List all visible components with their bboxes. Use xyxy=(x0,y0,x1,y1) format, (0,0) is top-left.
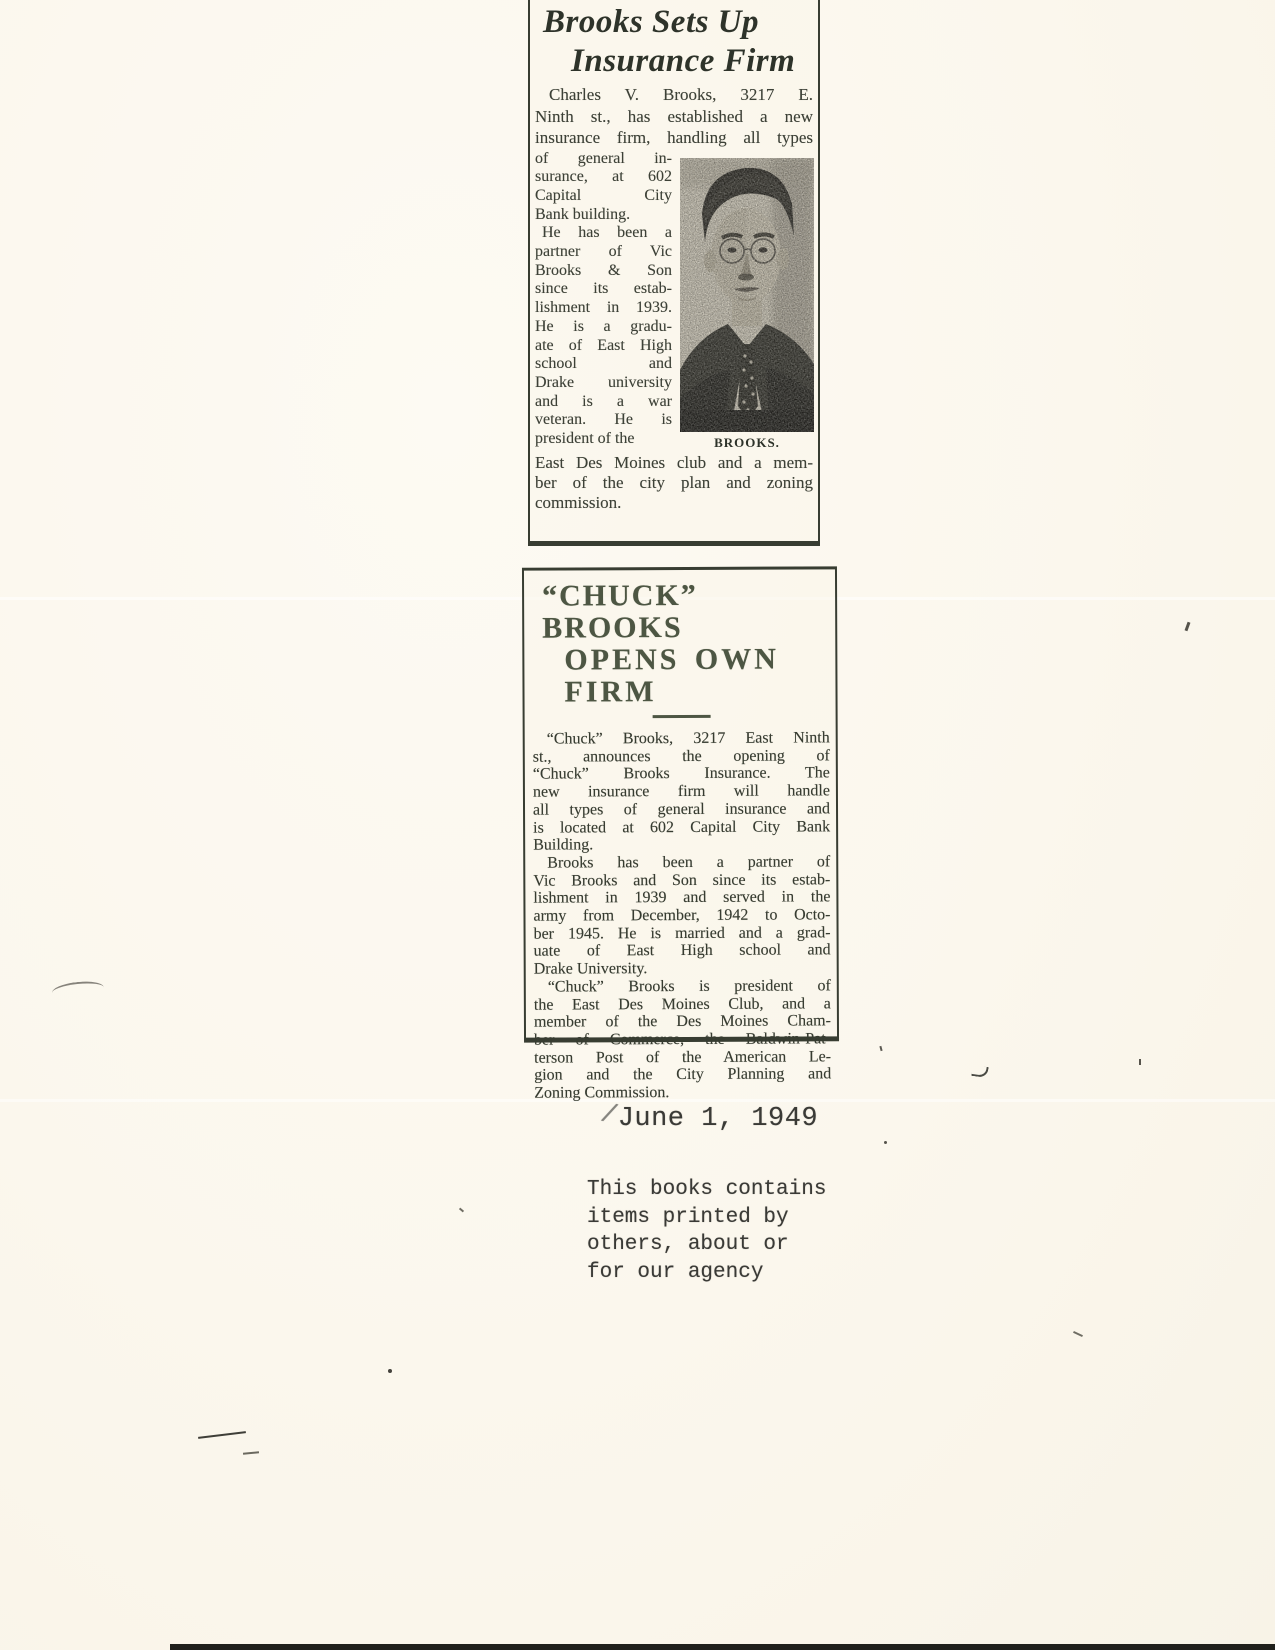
text-line: terson Post of the American Le- xyxy=(534,1048,831,1067)
clipping2-headline-line1: “CHUCK” BROOKS xyxy=(532,579,829,644)
text-line: insurance firm, handling all types xyxy=(535,127,813,149)
text-line: “Chuck” Brooks Insurance. The xyxy=(533,765,830,784)
text-line: partner of Vic xyxy=(535,243,672,262)
text-line: and is a war xyxy=(535,393,672,412)
text-line: Vic Brooks and Son since its estab- xyxy=(533,871,830,890)
typed-note: This books containsitems printed byother… xyxy=(587,1176,826,1286)
text-line: ber of Commerce, the Baldwin-Pat- xyxy=(534,1030,831,1049)
clipping1-column-paragraph-1: of general in-surance, at 602Capital Cit… xyxy=(535,150,672,225)
halftone-portrait-image xyxy=(680,158,814,432)
clipping2-headline-line2: OPENS OWN FIRM xyxy=(532,643,829,708)
clipping1-column-paragraph-2: He has been apartner of VicBrooks & Sons… xyxy=(535,224,672,448)
text-line: is located at 602 Capital City Bank xyxy=(533,818,830,837)
clipping1-headline-line1: Brooks Sets Up xyxy=(535,2,813,42)
text-line: lishment in 1939 and served in the xyxy=(533,889,830,908)
scan-artifact-speck xyxy=(1073,1331,1083,1337)
clipping2-paragraph-1: “Chuck” Brooks, 3217 East Ninthst., anno… xyxy=(533,729,831,854)
clipping1-two-column-section: of general in-surance, at 602Capital Cit… xyxy=(535,150,813,451)
clipping-brooks-sets-up-insurance-firm: Brooks Sets Up Insurance Firm Charles V.… xyxy=(528,0,820,546)
clipping2-headline: “CHUCK” BROOKS OPENS OWN FIRM xyxy=(532,579,830,708)
text-line: Capital City xyxy=(535,187,672,206)
clipping2-paragraph-2: Brooks has been a partner ofVic Brooks a… xyxy=(533,853,831,978)
text-line: army from December, 1942 to Octo- xyxy=(533,906,830,925)
text-line: “Chuck” Brooks, 3217 East Ninth xyxy=(533,729,830,748)
text-line: the East Des Moines Club, and a xyxy=(534,995,831,1014)
scrapbook-page: Brooks Sets Up Insurance Firm Charles V.… xyxy=(0,0,1275,1650)
text-line: He has been a xyxy=(535,224,672,243)
clipping1-headline: Brooks Sets Up Insurance Firm xyxy=(535,2,813,81)
scan-artifact-speck xyxy=(1185,622,1191,631)
text-line: Drake University. xyxy=(534,959,831,978)
scan-artifact-pen-dash xyxy=(198,1431,246,1439)
text-line: gion and the City Planning and xyxy=(534,1066,831,1085)
scan-artifact-speck xyxy=(459,1208,464,1213)
text-line: ber 1945. He is married and a grad- xyxy=(534,924,831,943)
brooks-portrait-photo: BROOKS. xyxy=(680,158,814,451)
text-line: Charles V. Brooks, 3217 E. xyxy=(535,84,813,106)
text-line: president of the xyxy=(535,430,672,449)
text-line: of general in- xyxy=(535,150,672,169)
text-line: Building. xyxy=(533,836,830,855)
text-line: others, about or xyxy=(587,1231,826,1259)
scan-artifact-speck xyxy=(879,1046,882,1051)
scan-artifact-speck xyxy=(1139,1059,1141,1065)
headline-divider-rule xyxy=(652,715,710,718)
text-line: school and xyxy=(535,355,672,374)
text-line: Brooks & Son xyxy=(535,262,672,281)
text-line: Drake university xyxy=(535,374,672,393)
text-line: new insurance firm will handle xyxy=(533,782,830,801)
typed-date-text: June 1, 1949 xyxy=(618,1104,818,1134)
text-line: surance, at 602 xyxy=(535,168,672,187)
clipping2-paragraph-3: “Chuck” Brooks is president ofthe East D… xyxy=(534,977,832,1102)
text-line: He is a gradu- xyxy=(535,318,672,337)
scan-artifact-speck xyxy=(388,1369,392,1373)
text-line: items printed by xyxy=(587,1204,826,1232)
text-line: Bank building. xyxy=(535,206,672,225)
text-line: all types of general insurance and xyxy=(533,800,830,819)
text-line: This books contains xyxy=(587,1176,826,1204)
text-line: veteran. He is xyxy=(535,411,672,430)
text-line: ber of the city plan and zoning xyxy=(535,473,813,493)
scan-artifact-arc xyxy=(51,979,104,1000)
clipping1-headline-line2: Insurance Firm xyxy=(535,41,813,81)
clipping1-closing-paragraph: East Des Moines club and a mem-ber of th… xyxy=(535,453,813,513)
scan-artifact-pen-dash xyxy=(243,1451,259,1454)
scan-artifact-speck xyxy=(884,1141,887,1144)
text-line: Brooks has been a partner of xyxy=(533,853,830,872)
text-line: member of the Des Moines Cham- xyxy=(534,1013,831,1032)
text-line: st., announces the opening of xyxy=(533,747,830,766)
text-line: Ninth st., has established a new xyxy=(535,106,813,128)
text-line: East Des Moines club and a mem- xyxy=(535,453,813,473)
clipping-chuck-brooks-opens-own-firm: “CHUCK” BROOKS OPENS OWN FIRM “Chuck” Br… xyxy=(522,566,839,1042)
text-line: lishment in 1939. xyxy=(535,299,672,318)
clipping1-left-column: of general in-surance, at 602Capital Cit… xyxy=(535,150,672,451)
clipping1-intro-paragraph: Charles V. Brooks, 3217 E.Ninth st., has… xyxy=(535,84,813,149)
typed-date: /June 1, 1949 xyxy=(600,1104,818,1134)
text-line: since its estab- xyxy=(535,280,672,299)
text-line: Zoning Commission. xyxy=(534,1083,831,1102)
scan-edge-shadow xyxy=(170,1644,1275,1650)
text-line: ate of East High xyxy=(535,337,672,356)
text-line: commission. xyxy=(535,493,813,513)
text-line: for our agency xyxy=(587,1259,826,1287)
brooks-photo-caption: BROOKS. xyxy=(680,435,814,451)
scan-artifact-pen-mark xyxy=(971,1065,988,1078)
text-line: “Chuck” Brooks is president of xyxy=(534,977,831,996)
text-line: uate of East High school and xyxy=(534,942,831,961)
